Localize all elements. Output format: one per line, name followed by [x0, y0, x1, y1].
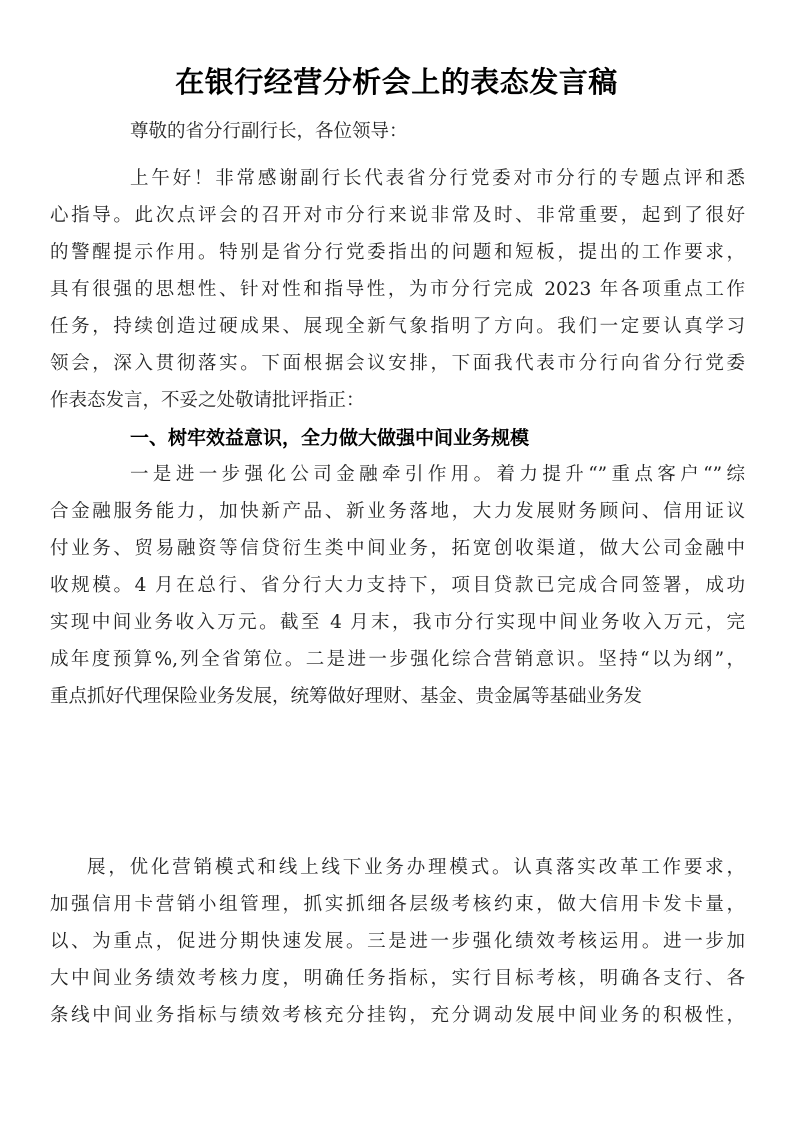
body-line: 成年度预算%,列全省第位。二是进一步强化综合营销意识。坚持“以为纲”，	[50, 648, 745, 672]
intro-line: 心指导。此次点评会的召开对市分行来说非常及时、非常重要，起到了很好	[50, 204, 745, 228]
document-title: 在银行经营分析会上的表态发言稿	[0, 60, 793, 101]
body-line: 收规模。4 月在总行、省分行大力支持下，项目贷款已完成合同签署，成功	[50, 574, 745, 598]
intro-line: 领会，深入贯彻落实。下面根据会议安排，下面我代表市分行向省分行党委	[50, 352, 745, 376]
body-line: 展，优化营销模式和线上线下业务办理模式。认真落实改革工作要求，	[87, 856, 745, 880]
body-line: 大中间业务绩效考核力度，明确任务指标，实行目标考核，明确各支行、各	[50, 967, 745, 991]
body-line: 条线中间业务指标与绩效考核充分挂钩，充分调动发展中间业务的积极性，	[50, 1004, 745, 1028]
body-line: 一是进一步强化公司金融牵引作用。着力提升“”重点客户“”综	[130, 463, 745, 487]
body-line: 实现中间业务收入万元。截至 4 月末，我市分行实现中间业务收入万元，完	[50, 611, 745, 635]
body-line: 付业务、贸易融资等信贷衍生类中间业务，拓宽创收渠道，做大公司金融中	[50, 537, 745, 561]
intro-line: 作表态发言，不妥之处敬请批评指正：	[50, 389, 745, 413]
document-page: 在银行经营分析会上的表态发言稿 尊敬的省分行副行长，各位领导： 上午好！非常感谢…	[0, 0, 793, 1122]
intro-line: 上午好！非常感谢副行长代表省分行党委对市分行的专题点评和悉	[130, 167, 745, 191]
body-line: 合金融服务能力，加快新产品、新业务落地，大力发展财务顾问、信用证议	[50, 500, 745, 524]
intro-line: 的警醒提示作用。特别是省分行党委指出的问题和短板，提出的工作要求，	[50, 241, 745, 265]
intro-line: 任务，持续创造过硬成果、展现全新气象指明了方向。我们一定要认真学习	[50, 315, 745, 339]
body-line: 重点抓好代理保险业务发展，统筹做好理财、基金、贵金属等基础业务发	[50, 685, 718, 709]
intro-line: 具有很强的思想性、针对性和指导性，为市分行完成 2023 年各项重点工作	[50, 278, 745, 302]
body-line: 加强信用卡营销小组管理，抓实抓细各层级考核约束，做大信用卡发卡量，	[50, 893, 745, 917]
salutation: 尊敬的省分行副行长，各位领导：	[130, 120, 745, 144]
body-line: 以、为重点，促进分期快速发展。三是进一步强化绩效考核运用。进一步加	[50, 930, 745, 954]
section-heading: 一、树牢效益意识，全力做大做强中间业务规模	[130, 426, 529, 450]
